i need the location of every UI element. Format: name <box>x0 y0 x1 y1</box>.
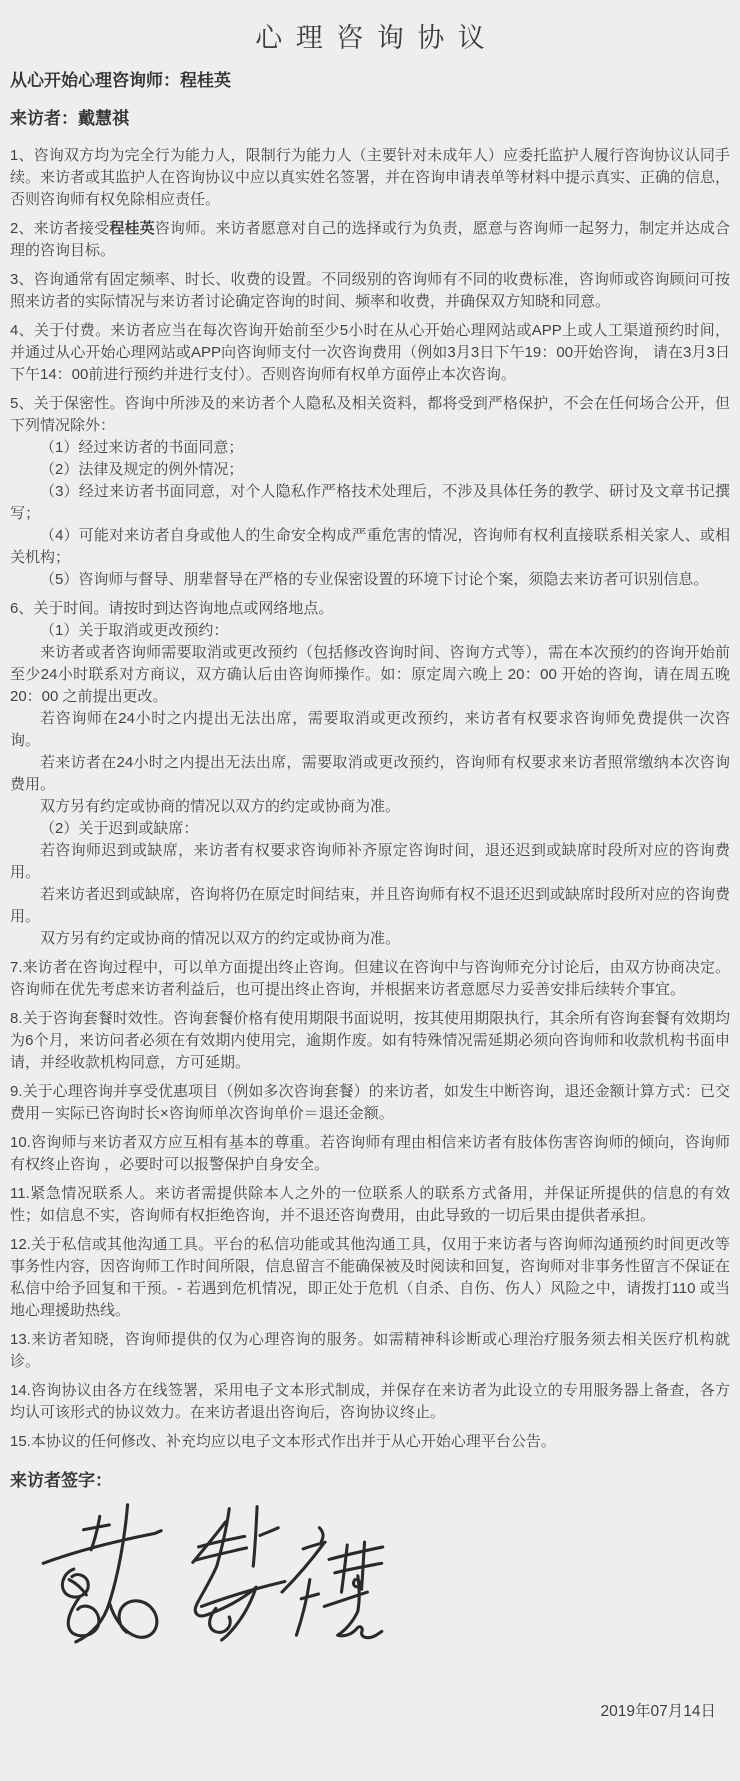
clause-paragraph: 8.关于咨询套餐时效性。咨询套餐价格有使用期限书面说明，按其使用期限执行，其余所… <box>10 1008 730 1074</box>
clause-paragraph: 双方另有约定或协商的情况以双方的约定或协商为准。 <box>10 796 730 818</box>
clause-14: 14.咨询协议由各方在线签署，采用电子文本形式制成，并保存在来访者为此设立的专用… <box>10 1380 730 1424</box>
bottom-spacer <box>10 1723 730 1781</box>
clause-paragraph: 4、关于付费。来访者应当在每次咨询开始前至少5小时在从心开始心理网站或APP上或… <box>10 320 730 386</box>
visitor-line: 来访者：戴慧祺 <box>10 107 730 131</box>
clause-3: 3、咨询通常有固定频率、时长、收费的设置。不同级别的咨询师有不同的收费标准，咨询… <box>10 269 730 313</box>
clause-paragraph: 1、咨询双方均为完全行为能力人，限制行为能力人（主要针对未成年人）应委托监护人履… <box>10 145 730 211</box>
signature-date: 2019年07月14日 <box>10 1701 730 1723</box>
signature-char-qi <box>282 1528 383 1638</box>
clause-5: 5、关于保密性。咨询中所涉及的来访者个人隐私及相关资料，都将受到严格保护，不会在… <box>10 393 730 591</box>
clause-4: 4、关于付费。来访者应当在每次咨询开始前至少5小时在从心开始心理网站或APP上或… <box>10 320 730 386</box>
clause-paragraph: 12.关于私信或其他沟通工具。平台的私信功能或其他沟通工具，仅用于来访者与咨询师… <box>10 1234 730 1322</box>
signature-label: 来访者签字： <box>10 1469 730 1493</box>
clause-paragraph: （1）经过来访者的书面同意； <box>10 437 730 459</box>
clause-7: 7.来访者在咨询过程中，可以单方面提出终止咨询。但建议在咨询中与咨询师充分讨论后… <box>10 957 730 1001</box>
clause-paragraph: 7.来访者在咨询过程中，可以单方面提出终止咨询。但建议在咨询中与咨询师充分讨论后… <box>10 957 730 1001</box>
clause-8: 8.关于咨询套餐时效性。咨询套餐价格有使用期限书面说明，按其使用期限执行，其余所… <box>10 1008 730 1074</box>
clause-paragraph: （3）经过来访者书面同意，对个人隐私作严格技术处理后，不涉及具体任务的教学、研讨… <box>10 481 730 525</box>
page-title: 心理咨询协议 <box>10 10 730 55</box>
clause-paragraph: 若咨询师迟到或缺席，来访者有权要求咨询师补齐原定咨询时间，退还迟到或缺席时段所对… <box>10 840 730 884</box>
clause-paragraph: 若咨询师在24小时之内提出无法出席，需要取消或更改预约，来访者有权要求咨询师免费… <box>10 708 730 752</box>
counselor-line: 从心开始心理咨询师：程桂英 <box>10 69 730 93</box>
clause-11: 11.紧急情况联系人。来访者需提供除本人之外的一位联系人的联系方式备用，并保证所… <box>10 1183 730 1227</box>
agreement-page: 心理咨询协议 从心开始心理咨询师：程桂英 来访者：戴慧祺 1、咨询双方均为完全行… <box>0 10 740 1781</box>
clause-paragraph: （2）关于迟到或缺席： <box>10 818 730 840</box>
clause-paragraph: 13.来访者知晓，咨询师提供的仅为心理咨询的服务。如需精神科诊断或心理治疗服务须… <box>10 1329 730 1373</box>
clause-paragraph: 14.咨询协议由各方在线签署，采用电子文本形式制成，并保存在来访者为此设立的专用… <box>10 1380 730 1424</box>
clause-2: 2、来访者接受程桂英咨询师。来访者愿意对自己的选择或行为负责，愿意与咨询师一起努… <box>10 218 730 262</box>
clause-paragraph: 6、关于时间。请按时到达咨询地点或网络地点。 <box>10 598 730 620</box>
clause-12: 12.关于私信或其他沟通工具。平台的私信功能或其他沟通工具，仅用于来访者与咨询师… <box>10 1234 730 1322</box>
clause-paragraph: （5）咨询师与督导、朋辈督导在严格的专业保密设置的环境下讨论个案，须隐去来访者可… <box>10 569 730 591</box>
clause-1: 1、咨询双方均为完全行为能力人，限制行为能力人（主要针对未成年人）应委托监护人履… <box>10 145 730 211</box>
clause-paragraph: 11.紧急情况联系人。来访者需提供除本人之外的一位联系人的联系方式备用，并保证所… <box>10 1183 730 1227</box>
clause-paragraph: 5、关于保密性。咨询中所涉及的来访者个人隐私及相关资料，都将受到严格保护，不会在… <box>10 393 730 437</box>
clause-paragraph: 15.本协议的任何修改、补充均应以电子文本形式作出并于从心开始心理平台公告。 <box>10 1431 730 1453</box>
visitor-signature <box>12 1499 730 1667</box>
clause-9: 9.关于心理咨询并享受优惠项目（例如多次咨询套餐）的来访者，如发生中断咨询，退还… <box>10 1081 730 1125</box>
clause-10: 10.咨询师与来访者双方应互相有基本的尊重。若咨询师有理由相信来访者有肢体伤害咨… <box>10 1132 730 1176</box>
clause-paragraph: 2、来访者接受程桂英咨询师。来访者愿意对自己的选择或行为负责，愿意与咨询师一起努… <box>10 218 730 262</box>
clause-paragraph: 10.咨询师与来访者双方应互相有基本的尊重。若咨询师有理由相信来访者有肢体伤害咨… <box>10 1132 730 1176</box>
signature-ink-image <box>12 1499 412 1664</box>
clauses: 1、咨询双方均为完全行为能力人，限制行为能力人（主要针对未成年人）应委托监护人履… <box>10 145 730 1453</box>
signature-char-hui <box>193 1507 285 1640</box>
clause-6: 6、关于时间。请按时到达咨询地点或网络地点。（1）关于取消或更改预约：来访者或者… <box>10 598 730 950</box>
signature-char-dai <box>43 1505 161 1642</box>
clause-paragraph: 双方另有约定或协商的情况以双方的约定或协商为准。 <box>10 928 730 950</box>
clause-paragraph: 3、咨询通常有固定频率、时长、收费的设置。不同级别的咨询师有不同的收费标准，咨询… <box>10 269 730 313</box>
clause-15: 15.本协议的任何修改、补充均应以电子文本形式作出并于从心开始心理平台公告。 <box>10 1431 730 1453</box>
clause-paragraph: （2）法律及规定的例外情况； <box>10 459 730 481</box>
clause-paragraph: 来访者或者咨询师需要取消或更改预约（包括修改咨询时间、咨询方式等），需在本次预约… <box>10 642 730 708</box>
clause-13: 13.来访者知晓，咨询师提供的仅为心理咨询的服务。如需精神科诊断或心理治疗服务须… <box>10 1329 730 1373</box>
clause-paragraph: 若来访者在24小时之内提出无法出席，需要取消或更改预约，咨询师有权要求来访者照常… <box>10 752 730 796</box>
clause-paragraph: （1）关于取消或更改预约： <box>10 620 730 642</box>
clause-paragraph: （4）可能对来访者自身或他人的生命安全构成严重危害的情况，咨询师有权利直接联系相… <box>10 525 730 569</box>
clause-paragraph: 若来访者迟到或缺席，咨询将仍在原定时间结束，并且咨询师有权不退还迟到或缺席时段所… <box>10 884 730 928</box>
clause-paragraph: 9.关于心理咨询并享受优惠项目（例如多次咨询套餐）的来访者，如发生中断咨询，退还… <box>10 1081 730 1125</box>
